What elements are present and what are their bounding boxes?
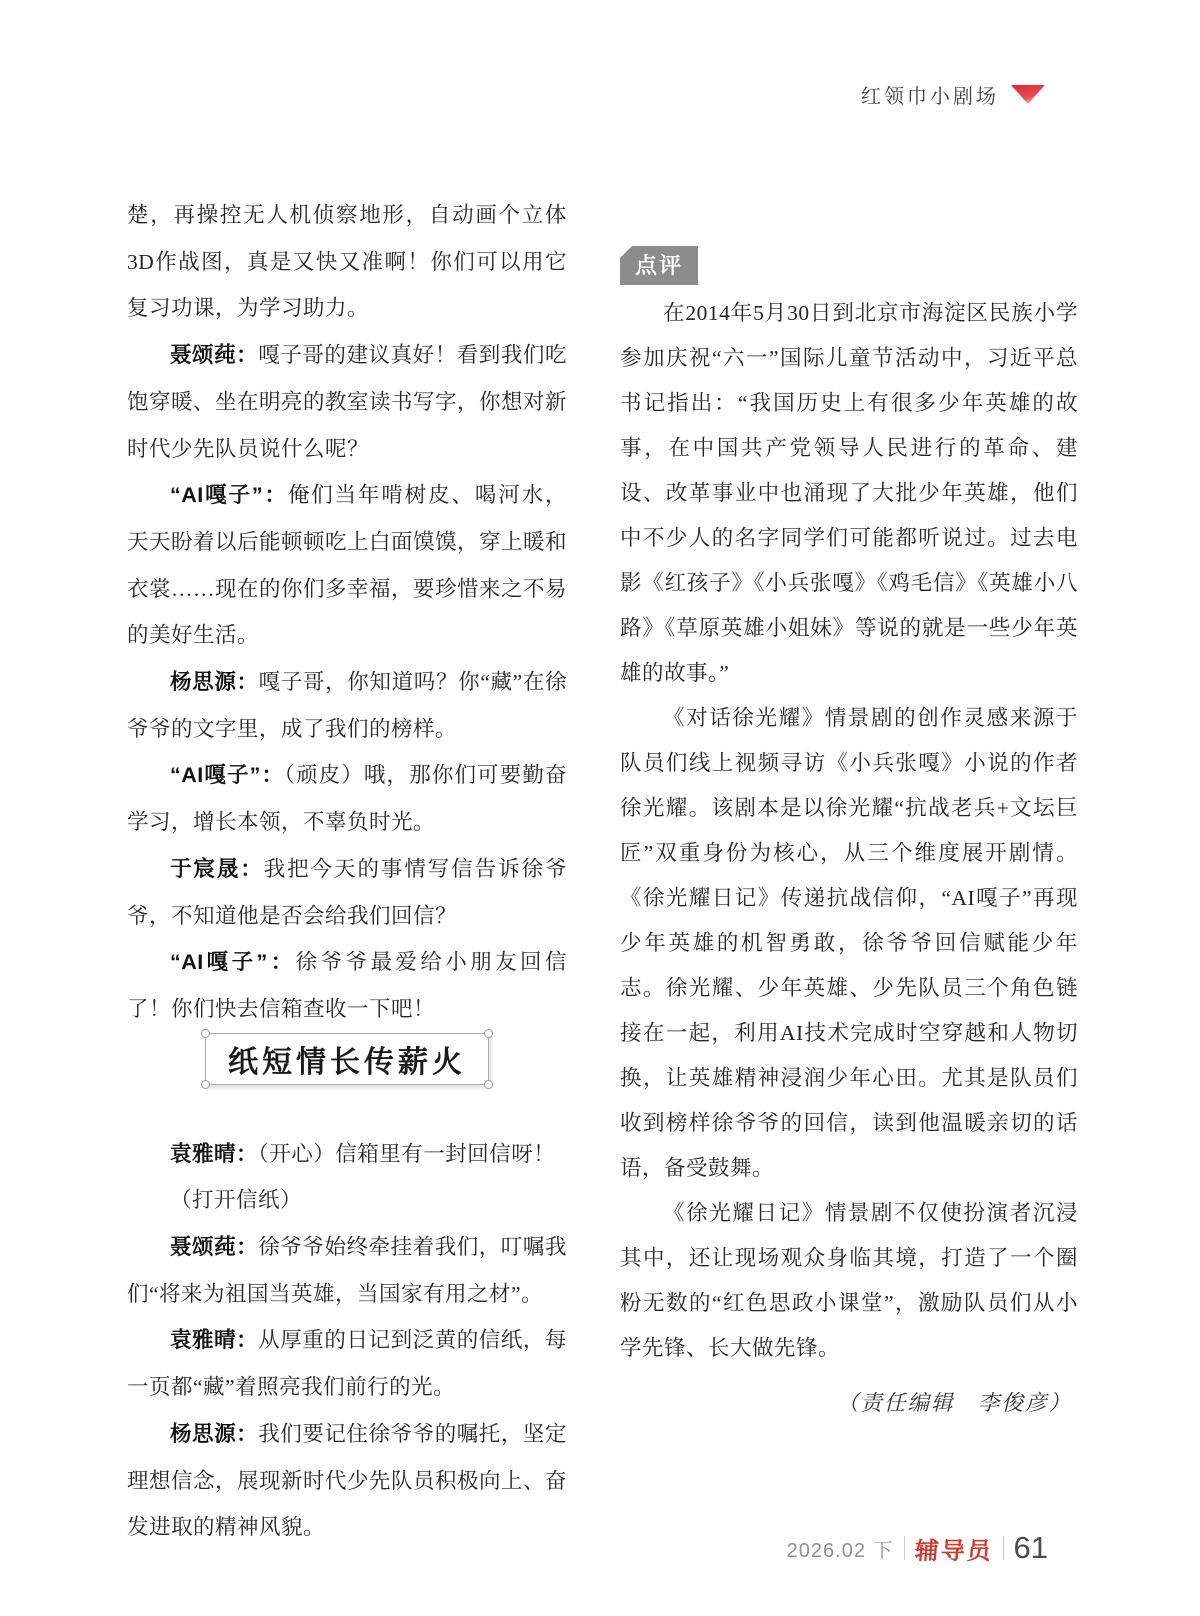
corner-pin-icon	[201, 1080, 210, 1089]
corner-pin-icon	[484, 1029, 493, 1038]
footer-divider	[904, 1536, 905, 1560]
dialogue-paragraph: 于宸晟：我把今天的事情写信告诉徐爷爷，不知道他是否会给我们回信？	[127, 846, 567, 939]
dialogue-text: （打开信纸）	[170, 1188, 302, 1212]
comment-paragraph: 《徐光耀日记》情景剧不仅使扮演者沉浸其中，还让现场观众身临其境，打造了一个圈粉无…	[620, 1191, 1078, 1371]
comment-badge: 点评	[620, 246, 698, 285]
right-column: 点评 在2014年5月30日到北京市海淀区民族小学参加庆祝“六一”国际儿童节活动…	[620, 246, 1078, 1426]
dialogue-paragraph: 杨思源：嘎子哥，你知道吗？你“藏”在徐爷爷的文字里，成了我们的榜样。	[127, 659, 567, 752]
left-column: 楚，再操控无人机侦察地形，自动画个立体3D作战图，真是又快又准啊！你们可以用它复…	[127, 192, 567, 1551]
dialogue-paragraph: “AI嘎子”：（顽皮）哦，那你们可要勤奋学习，增长本领，不辜负时光。	[127, 752, 567, 845]
dialogue-text: 楚，再操控无人机侦察地形，自动画个立体3D作战图，真是又快又准啊！你们可以用它复…	[127, 203, 567, 320]
magazine-logo: 辅导员	[913, 1531, 993, 1566]
dialogue-paragraph: 袁雅晴：（开心）信箱里有一封回信呀！	[127, 1131, 567, 1178]
dialogue-paragraph: “AI嘎子”：徐爷爷最爱给小朋友回信了！你们快去信箱查收一下吧！	[127, 939, 567, 1032]
magazine-page: 红领巾小剧场 楚，再操控无人机侦察地形，自动画个立体3D作战图，真是又快又准啊！…	[0, 0, 1200, 1616]
speaker-name: “AI嘎子”：	[170, 483, 288, 507]
red-triangle-icon	[1011, 85, 1045, 105]
dialogue-text: （开心）信箱里有一封回信呀！	[258, 1142, 555, 1166]
speaker-name: 杨思源：	[170, 1422, 258, 1446]
speaker-name: 杨思源：	[170, 670, 259, 694]
dialogue-paragraph: 袁雅晴：从厚重的日记到泛黄的信纸，每一页都“藏”着照亮我们前行的光。	[127, 1317, 567, 1410]
corner-pin-icon	[201, 1029, 210, 1038]
speaker-name: 于宸晟：	[170, 857, 264, 881]
dialogue-paragraph: 楚，再操控无人机侦察地形，自动画个立体3D作战图，真是又快又准啊！你们可以用它复…	[127, 192, 567, 332]
dialogue-paragraph: 聂颂莼：徐爷爷始终牵挂着我们，叮嘱我们“将来为祖国当英雄，当国家有用之材”。	[127, 1224, 567, 1317]
editor-note: （责任编辑 李俊彦）	[620, 1381, 1078, 1426]
dialogue-text: 俺们当年啃树皮、喝河水，天天盼着以后能顿顿吃上白面馍馍，穿上暖和衣裳……现在的你…	[127, 483, 567, 647]
speaker-name: “AI嘎子”：	[170, 950, 296, 974]
page-footer: 2026.02 下 辅导员 61	[787, 1530, 1048, 1566]
section-heading: 纸短情长传薪火	[228, 1037, 466, 1081]
corner-pin-icon	[484, 1080, 493, 1089]
speaker-name: 袁雅晴：	[170, 1328, 258, 1352]
page-number: 61	[1014, 1530, 1048, 1566]
footer-divider	[1003, 1536, 1004, 1560]
section-label: 红领巾小剧场	[861, 80, 999, 109]
section-heading-box: 纸短情长传薪火	[205, 1033, 489, 1085]
dialogue-paragraph: “AI嘎子”：俺们当年啃树皮、喝河水，天天盼着以后能顿顿吃上白面馍馍，穿上暖和衣…	[127, 472, 567, 659]
comment-paragraph: 在2014年5月30日到北京市海淀区民族小学参加庆祝“六一”国际儿童节活动中，习…	[620, 291, 1078, 696]
speaker-name: 聂颂莼：	[170, 343, 258, 367]
issue-label: 2026.02 下	[787, 1534, 894, 1563]
speaker-name: “AI嘎子”：	[170, 763, 284, 787]
stage-direction: （打开信纸）	[127, 1177, 567, 1224]
comment-paragraph: 《对话徐光耀》情景剧的创作灵感来源于队员们线上视频寻访《小兵张嘎》小说的作者徐光…	[620, 696, 1078, 1191]
dialogue-paragraph: 聂颂莼：嘎子哥的建议真好！看到我们吃饱穿暖、坐在明亮的教室读书写字，你想对新时代…	[127, 332, 567, 472]
dialogue-paragraph: 杨思源：我们要记住徐爷爷的嘱托，坚定理想信念，展现新时代少先队员积极向上、奋发进…	[127, 1411, 567, 1551]
speaker-name: 聂颂莼：	[170, 1235, 258, 1259]
page-header: 红领巾小剧场	[0, 80, 1045, 109]
speaker-name: 袁雅晴：	[170, 1142, 258, 1166]
